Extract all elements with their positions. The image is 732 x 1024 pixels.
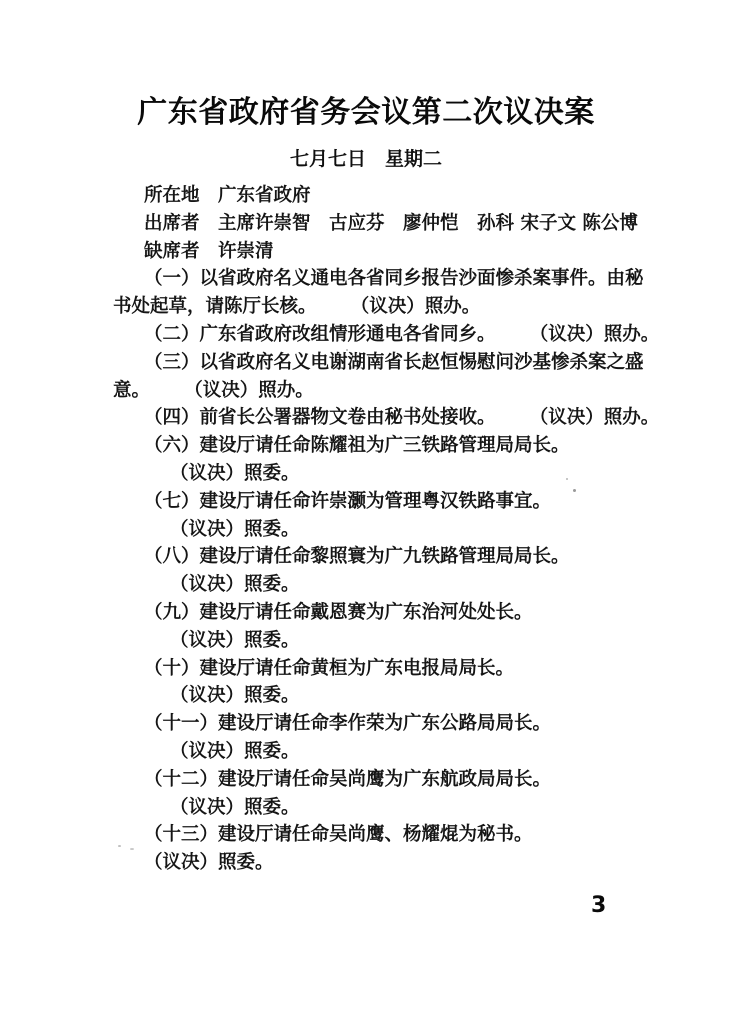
scan-speck (566, 478, 568, 480)
document-line: （十一）建设厅请任命李作荣为广东公路局局长。 (113, 710, 669, 738)
document-line: （十三）建设厅请任命吴尚鹰、杨耀焜为秘书。 (113, 821, 669, 849)
document-line: 出席者 主席许崇智 古应芬 廖仲恺 孙科 宋子文 陈公博 (113, 210, 669, 238)
document-line: （八）建设厅请任命黎照寰为广九铁路管理局局长。 (113, 543, 669, 571)
document-line: （七）建设厅请任命许崇灏为管理粤汉铁路事宜。 (113, 488, 669, 516)
document-line: （议决）照委。 (113, 460, 669, 488)
document-line: （议决）照委。 (113, 571, 669, 599)
document-line: 缺席者 许崇清 (113, 238, 669, 266)
document-line: （议决）照委。 (113, 516, 669, 544)
document-line: （议决）照委。 (113, 627, 669, 655)
document-page: 广东省政府省务会议第二次议决案 七月七日 星期二 所在地 广东省政府出席者 主席… (0, 0, 732, 1024)
document-line: （议决）照委。 (113, 794, 669, 822)
document-line: （十二）建设厅请任命吴尚鹰为广东航政局局长。 (113, 766, 669, 794)
scan-speck (118, 845, 121, 847)
document-line: （二）广东省政府改组情形通电各省同乡。 （议决）照办。 (113, 321, 669, 349)
document-line: （议决）照委。 (113, 738, 669, 766)
document-line: （四）前省长公署器物文卷由秘书处接收。 （议决）照办。 (113, 404, 669, 432)
document-line: （六）建设厅请任命陈耀祖为广三铁路管理局局长。 (113, 432, 669, 460)
document-line: 所在地 广东省政府 (113, 182, 669, 210)
page-number: 3 (591, 893, 606, 918)
scan-speck (573, 489, 576, 492)
document-title: 广东省政府省务会议第二次议决案 (0, 87, 732, 131)
document-line: （九）建设厅请任命戴恩赛为广东治河处处长。 (113, 599, 669, 627)
scan-speck (130, 848, 134, 850)
document-line: （十）建设厅请任命黄桓为广东电报局局长。 (113, 655, 669, 683)
document-line: （议决）照委。 (113, 849, 669, 877)
document-line: （一）以省政府名义通电各省同乡报告沙面惨杀案事件。由秘 (113, 265, 669, 293)
document-date-line: 七月七日 星期二 (0, 144, 732, 171)
document-line: （议决）照委。 (113, 682, 669, 710)
document-line: 意。 （议决）照办。 (113, 377, 669, 405)
scan-speck (346, 349, 348, 351)
document-line: 书处起草，请陈厅长核。 （议决）照办。 (113, 293, 669, 321)
document-body: 所在地 广东省政府出席者 主席许崇智 古应芬 廖仲恺 孙科 宋子文 陈公博缺席者… (113, 182, 669, 877)
document-line: （三）以省政府名义电谢湖南省长赵恒惕慰问沙基惨杀案之盛 (113, 349, 669, 377)
